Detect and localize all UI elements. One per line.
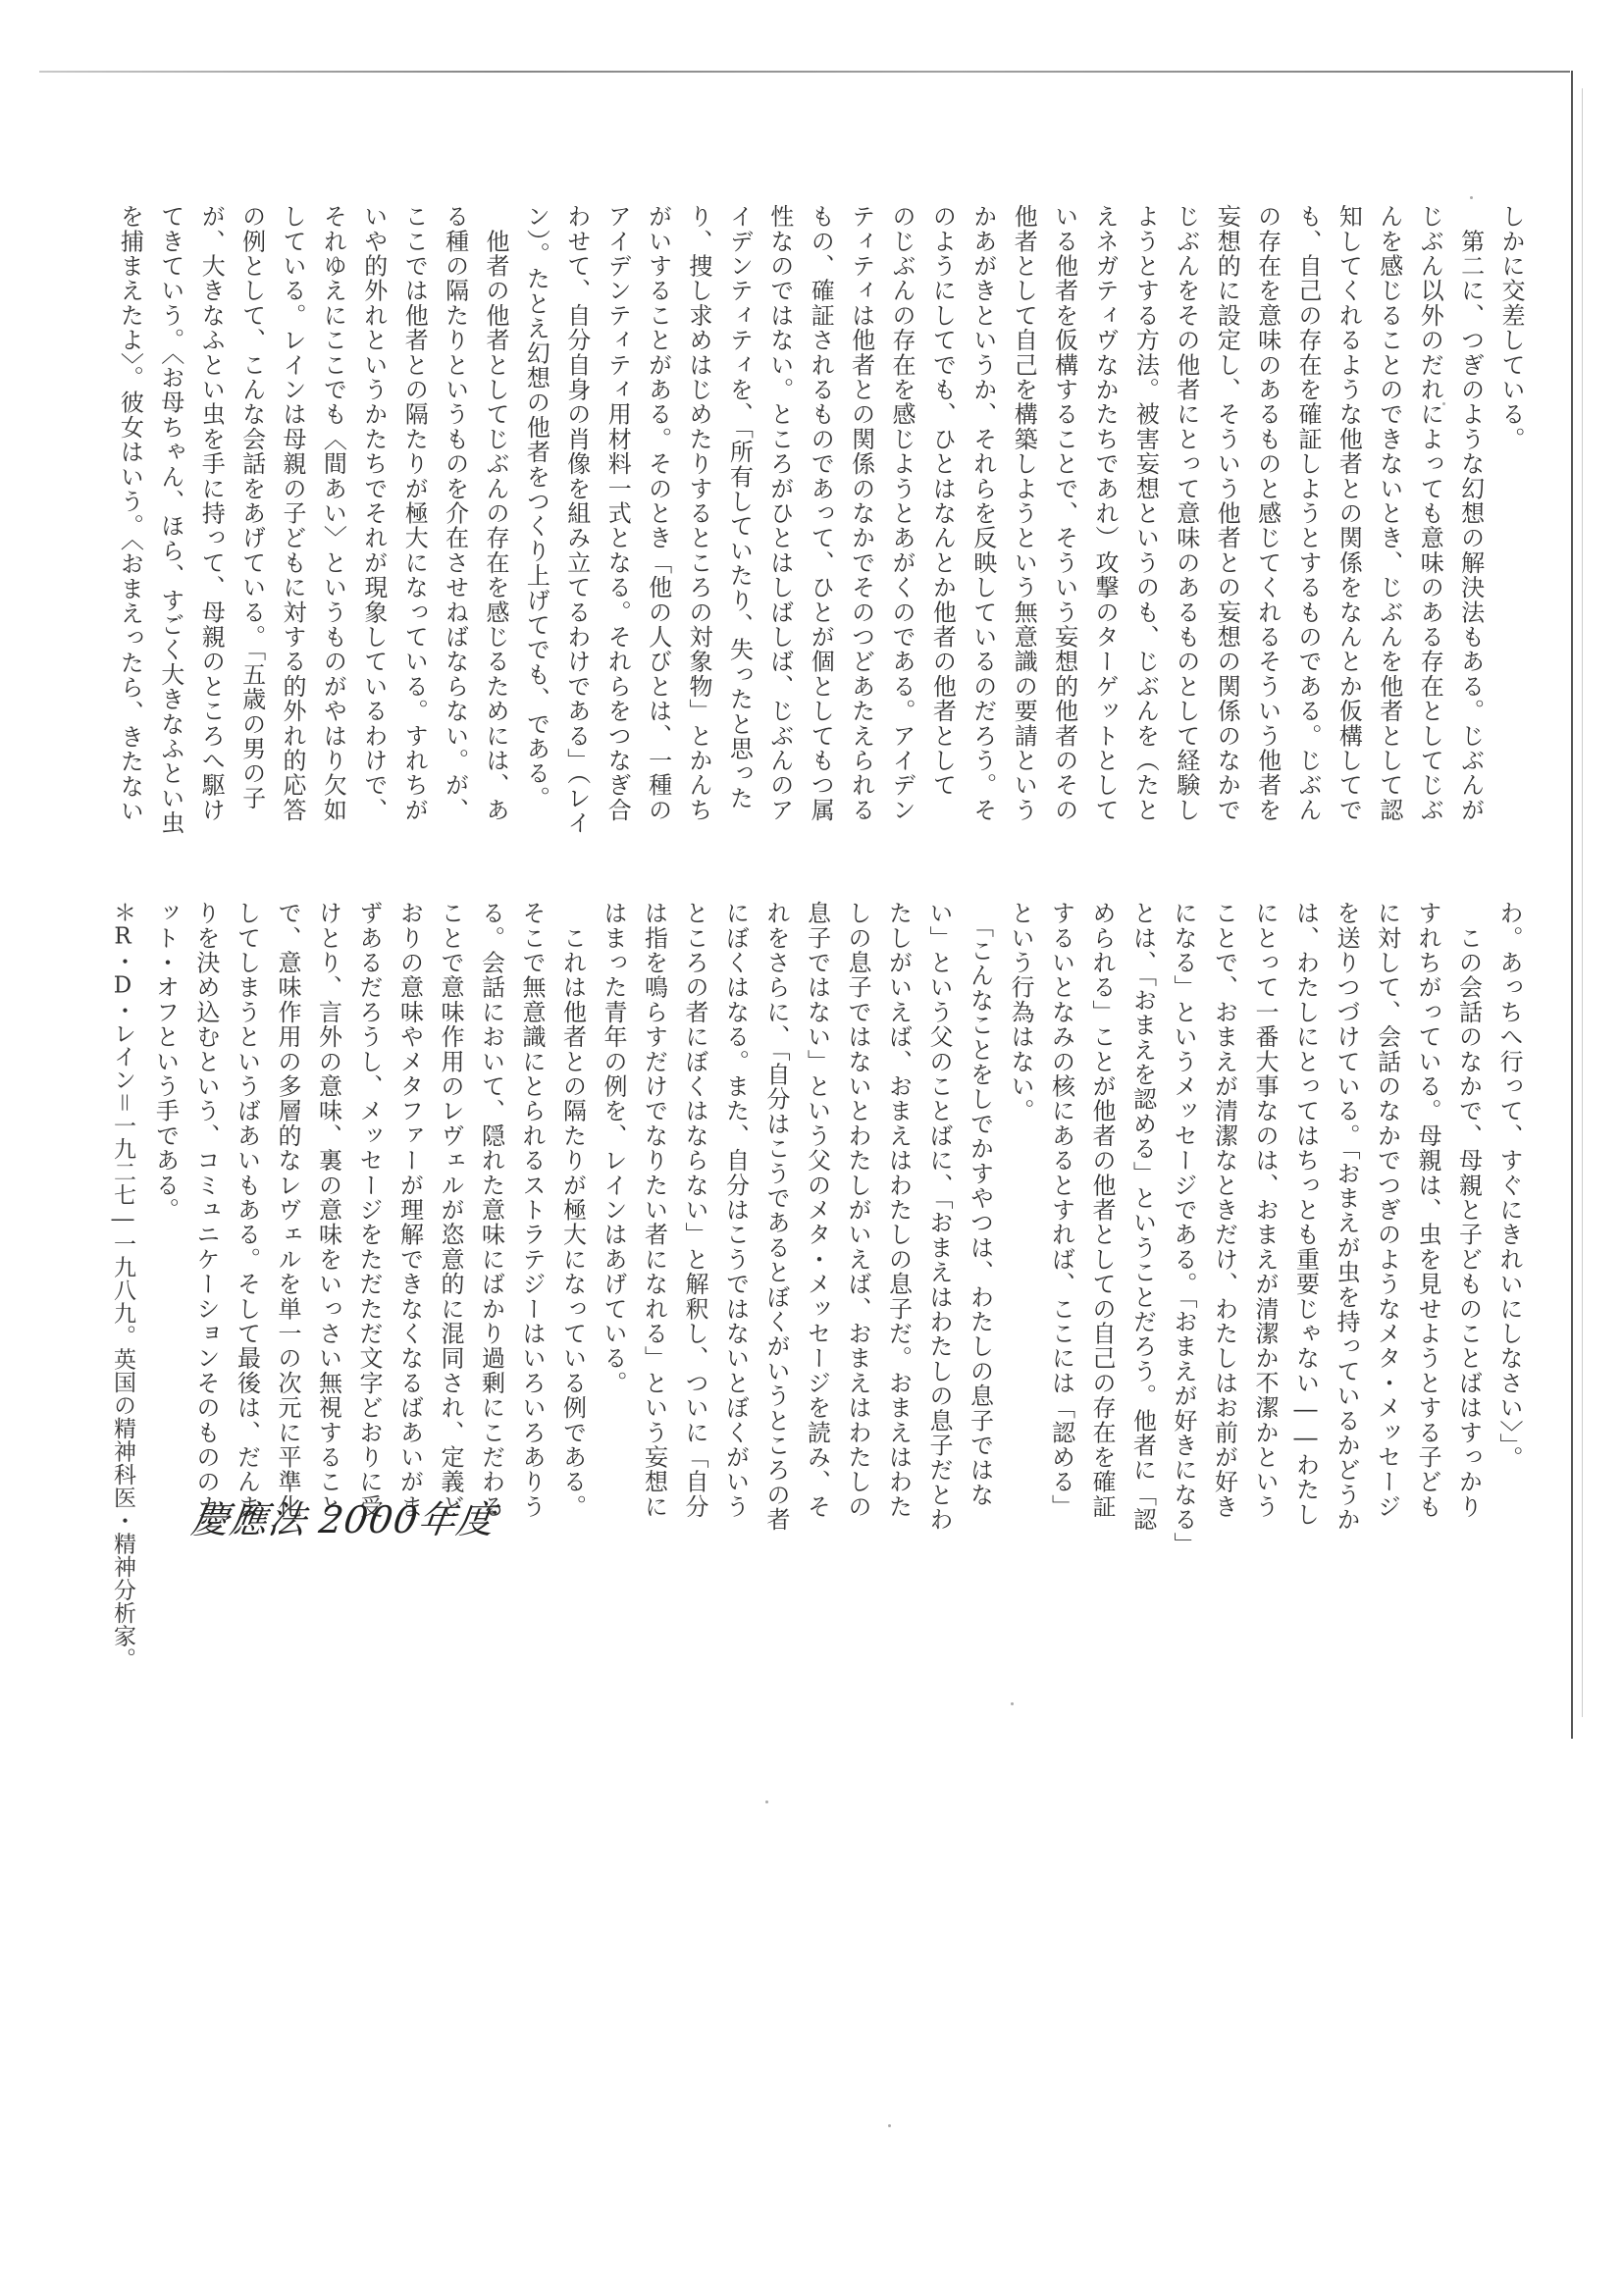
text-column: わせて、自分自身の肖像を組み立てるわけである」（レイ bbox=[565, 204, 589, 835]
text-column: にぼくはなる。また、自分はこうではないとぼくがいう bbox=[724, 901, 748, 1519]
text-column: は、わたしにとってはちっとも重要じゃない――わたし bbox=[1294, 901, 1318, 1527]
text-column: 性なのではない。ところがひとはしばしば、じぶんのア bbox=[768, 204, 792, 822]
text-column: のようにしてでも、ひとはなんとか他者の他者として bbox=[930, 204, 954, 798]
text-column: の存在を意味のあるものと感じてくれるそういう他者を bbox=[1256, 204, 1280, 822]
text-column: とは、「おまえを認める」ということだろう。他者に「認 bbox=[1131, 901, 1155, 1532]
right-border-line bbox=[1571, 71, 1573, 1739]
text-column: えネガティヴなかたちであれ）攻撃のターゲットとして bbox=[1093, 204, 1117, 822]
text-column: れをさらに、「自分はこうであるとぼくがいうところの者 bbox=[764, 901, 788, 1532]
text-column: もの、確証されるものであって、ひとが個としてもつ属 bbox=[809, 204, 832, 822]
text-column: がいすることがある。そのとき「他の人びとは、一種の bbox=[647, 204, 670, 822]
text-column: ことで、おまえが清潔なときだけ、わたしはお前が好き bbox=[1213, 901, 1236, 1519]
text-column: る。会話において、隠れた意味にばかり過剰にこだわる bbox=[480, 901, 503, 1519]
text-column: イデンティティを、「所有していたり、失ったと思った bbox=[727, 204, 751, 810]
text-column: で、意味作用の多層的なレヴェルを単一の次元に平準化 bbox=[276, 901, 299, 1519]
text-column: に対して、会話のなかでつぎのようなメタ・メッセージ bbox=[1376, 901, 1399, 1519]
text-column: じぶん以外のだれによっても意味のある存在としてじぶ bbox=[1418, 204, 1441, 822]
text-column: するいとなみの核にあるとすれば、ここには「認める」 bbox=[1050, 901, 1073, 1519]
text-column: そこで無意識にとられるストラテジーはいろいろありう bbox=[520, 901, 544, 1519]
text-column: じぶんをその他者にとって意味のあるものとして経験し bbox=[1175, 204, 1198, 822]
text-column: 息子ではない」という父のメタ・メッセージを読み、そ bbox=[806, 901, 829, 1519]
text-column: 妄想的に設定し、そういう他者との妄想の関係のなかで bbox=[1215, 204, 1238, 822]
text-column: ティティは他者との関係のなかでそのつどあたえられる bbox=[850, 204, 873, 822]
scan-speck bbox=[1442, 402, 1445, 405]
text-column: してしまうというばあいもある。そして最後は、だんま bbox=[236, 901, 259, 1519]
text-column: い」という父のことばに、「おまえはわたしの息子だとわ bbox=[927, 901, 951, 1532]
text-column: これは他者との隔たりが極大になっている例である。 bbox=[561, 901, 585, 1519]
text-column: ここでは他者との隔たりが極大になっている。すれちが bbox=[402, 204, 426, 822]
text-column: のじぶんの存在を感じようとあがくのである。アイデン bbox=[890, 204, 914, 822]
text-column: という行為はない。 bbox=[1009, 901, 1032, 1123]
text-column: いや的外れというかたちでそれが現象しているわけで、 bbox=[362, 204, 386, 822]
top-border-line bbox=[39, 71, 1570, 73]
text-column: 「こんなことをしでかすやつは、わたしの息子ではな bbox=[969, 901, 992, 1507]
text-column: てきていう。〈お母ちゃん、ほら、すごく大きなふとい虫 bbox=[159, 204, 183, 835]
text-column: している。レインは母親の子どもに対する的外れ的応答 bbox=[281, 204, 304, 822]
text-column: わ。あっちへ行って、すぐにきれいにしなさい〉」。 bbox=[1497, 901, 1521, 1471]
text-column: アイデンティティ用材料一式となる。それらをつなぎ合 bbox=[605, 204, 629, 822]
text-column: 他者の他者としてじぶんの存在を感じるためには、あ bbox=[484, 204, 507, 822]
text-column: ット・オフという手である。 bbox=[154, 901, 178, 1223]
scan-speck bbox=[888, 2124, 891, 2127]
text-column: 知してくれるような他者との関係をなんとか仮構してで bbox=[1336, 204, 1360, 822]
text-column: を送りつづけている。「おまえが虫を持っているかどうか bbox=[1335, 901, 1358, 1532]
scan-speck bbox=[1470, 196, 1473, 199]
text-column: ところの者にぼくはならない」と解釈し、ついに「自分 bbox=[683, 901, 707, 1519]
text-column: ずあるだろうし、メッセージをただただ文字どおりに受 bbox=[357, 901, 381, 1519]
text-column: められる」ことが他者の他者としての自己の存在を確証 bbox=[1090, 901, 1114, 1519]
text-column: にとって一番大事なのは、おまえが清潔か不潔かという bbox=[1253, 901, 1277, 1519]
text-column: しの息子ではないとわたしがいえば、おまえはわたしの bbox=[846, 901, 869, 1519]
text-column: りを決め込むという、コミュニケーションそのもののカ bbox=[194, 901, 218, 1519]
scan-speck bbox=[1065, 1423, 1068, 1426]
text-column: たしがいえば、おまえはわたしの息子だ。おまえはわた bbox=[887, 901, 911, 1519]
text-column: る種の隔たりというものを介在させねばならない。が、 bbox=[444, 204, 467, 822]
text-column: んを感じることのできないとき、じぶんを他者として認 bbox=[1378, 204, 1401, 822]
text-column: 第二に、つぎのような幻想の解決法もある。じぶんが bbox=[1459, 204, 1483, 822]
text-column: ン）。たとえ幻想の他者をつくり上げてでも、である。 bbox=[524, 204, 548, 810]
text-column: おりの意味やメタファーが理解できなくなるばあいがま bbox=[398, 901, 422, 1519]
text-column: かあがきというか、それらを反映しているのだろう。そ bbox=[971, 204, 995, 822]
scan-speck bbox=[765, 1800, 768, 1803]
text-column: しかに交差している。 bbox=[1499, 204, 1523, 451]
text-column: を捕まえたよ〉。彼女はいう。〈おまえったら、きたない bbox=[118, 204, 141, 823]
text-column: が、大きなふとい虫を手に持って、母親のところへ駆け bbox=[199, 204, 223, 822]
text-column: この会話のなかで、母親と子どものことばはすっかり bbox=[1457, 901, 1481, 1519]
footnote: ＊R・D・レイン＝一九二七―一九八九。英国の精神科医・精神分析家。 bbox=[111, 901, 134, 1671]
right-scan-edge bbox=[1582, 88, 1583, 1717]
text-column: すれちがっている。母親は、虫を見せようとする子ども bbox=[1416, 901, 1440, 1519]
text-column: は指を鳴らすだけでなりたい者になれる」という妄想に bbox=[643, 901, 666, 1519]
text-column: はまった青年の例を、レインはあげている。 bbox=[602, 901, 625, 1395]
handwritten-note: 慶應法 2000年度 bbox=[188, 1489, 499, 1543]
text-column: けとり、言外の意味、裏の意味をいっさい無視すること bbox=[317, 901, 340, 1519]
text-column: ようとする方法。被害妄想というのも、じぶんを（たと bbox=[1133, 204, 1157, 822]
scan-speck bbox=[1011, 1702, 1014, 1705]
text-column: それゆえにここでも〈間あい〉というものがやはり欠如 bbox=[321, 204, 344, 822]
text-column: り、捜し求めはじめたりするところの対象物」とかんち bbox=[687, 204, 710, 822]
text-column: ことで意味作用のレヴェルが恣意的に混同され、定義ど bbox=[439, 901, 462, 1519]
text-column: の例として、こんな会話をあげている。「五歳の男の子 bbox=[240, 204, 264, 810]
text-column: も、自己の存在を確証しようとするものである。じぶん bbox=[1296, 204, 1320, 822]
text-column: いる他者を仮構することで、そういう妄想的他者のその bbox=[1053, 204, 1076, 822]
text-column: 他者として自己を構築しようという無意識の要請という bbox=[1012, 204, 1035, 822]
text-column: になる」というメッセージである。「おまえが好きになる」 bbox=[1172, 901, 1195, 1556]
